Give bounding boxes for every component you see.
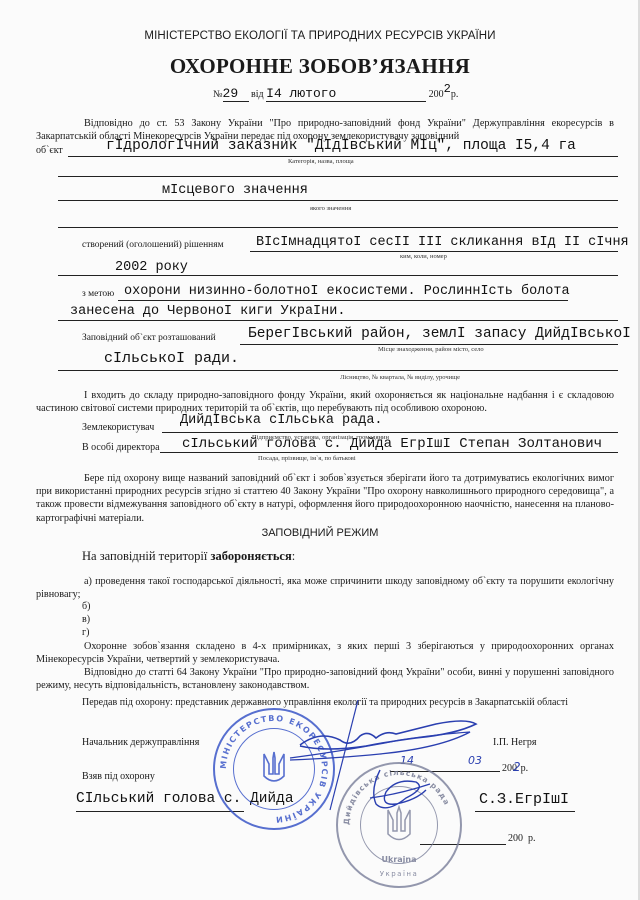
location-line-1 bbox=[240, 344, 618, 345]
location-value-line2: сIльськоI ради. bbox=[104, 350, 239, 367]
director-caption: Посада, прізвище, ім`я, по батькові bbox=[258, 455, 356, 462]
significance-caption: якого значення bbox=[310, 205, 351, 212]
object-value: гIдрологIчний заказник "ДIдIвський МIц",… bbox=[106, 138, 576, 154]
prohibited-suffix: : bbox=[292, 549, 295, 563]
decision-label: створений (оголошений) рішенням bbox=[82, 240, 224, 250]
land-user-label: Землекористувач bbox=[82, 422, 154, 433]
director-value: сIльський голова с. Дийда ЕгрIшI Степан … bbox=[182, 436, 602, 452]
significance-line bbox=[58, 200, 618, 201]
fund-paragraph: І входить до складу природно-заповідного… bbox=[36, 389, 614, 415]
decision-value-line1: ВIсIмнадцятоI сесII III скликання вIд II… bbox=[256, 235, 629, 250]
land-user-value: ДийдIвська сIльська рада. bbox=[180, 413, 383, 428]
handover-year-unit: р. bbox=[521, 763, 529, 774]
accepted-label: Взяв під охорону bbox=[82, 771, 155, 782]
object-line bbox=[68, 156, 618, 157]
document-date: I4 лютого bbox=[266, 86, 426, 102]
svg-text:Україна: Україна bbox=[380, 870, 419, 878]
purpose-value-line2: занесена до ЧервоноI киги УкраIни. bbox=[70, 304, 345, 319]
accepted-year-prefix: 200 bbox=[508, 833, 523, 844]
purpose-label: з метою bbox=[82, 289, 114, 299]
number-prefix: № bbox=[213, 89, 223, 100]
land-user-line bbox=[162, 432, 618, 433]
object-label: об`єкт bbox=[36, 145, 63, 156]
head-label: Начальник держуправління bbox=[82, 737, 199, 748]
accepted-year-unit: р. bbox=[528, 833, 536, 844]
location-label: Заповідний об`єкт розташований bbox=[82, 333, 216, 343]
location-value-line1: БерегIвський район, землI запасу ДийдIвс… bbox=[248, 326, 631, 342]
purpose-line-1 bbox=[118, 300, 568, 301]
significance-value: мIсцевого значення bbox=[162, 183, 308, 198]
year-unit: р. bbox=[451, 89, 459, 100]
purpose-value-line1: охорони низинно-болотноI екосистеми. Рос… bbox=[124, 284, 570, 299]
from-label: від bbox=[251, 89, 264, 100]
obligation-paragraph: Бере під охорону вище названий заповідни… bbox=[36, 472, 614, 525]
location-caption-2: Лісництво, № квартала, № виділу, урочище bbox=[340, 374, 460, 381]
decision-line-1 bbox=[250, 251, 618, 252]
document-title: ОХОРОННЕ ЗОБОВ’ЯЗАННЯ bbox=[0, 54, 640, 79]
regime-heading: ЗАПОВІДНИЙ РЕЖИМ bbox=[0, 527, 640, 539]
handover-year: 2002р. bbox=[502, 760, 528, 774]
head-signature bbox=[240, 700, 500, 830]
document-number: 29 bbox=[223, 86, 249, 102]
separator-line bbox=[58, 227, 618, 228]
regime-item-a: а) проведення такої господарської діяльн… bbox=[36, 575, 614, 601]
director-label: В особі директора bbox=[82, 442, 160, 453]
object-line-2 bbox=[58, 176, 618, 177]
regime-item-v: в) bbox=[82, 614, 90, 625]
location-caption-1: Місце знаходження, район місто, село bbox=[378, 346, 484, 353]
object-caption: Категорія, назва, площа bbox=[288, 158, 354, 165]
prohibited-line: На заповідній території забороняється: bbox=[82, 549, 295, 564]
ministry-heading: МІНІСТЕРСТВО ЕКОЛОГІЇ ТА ПРИРОДНИХ РЕСУР… bbox=[0, 30, 640, 42]
liability-paragraph: Відповідно до статті 64 Закону України "… bbox=[36, 666, 614, 692]
year-prefix: 200 bbox=[429, 89, 444, 100]
accepted-year: 200 р. bbox=[508, 833, 536, 844]
location-line-2 bbox=[58, 370, 618, 371]
regime-item-g: г) bbox=[82, 627, 89, 638]
copies-paragraph: Охоронне зобов`язання складено в 4-х при… bbox=[36, 640, 614, 666]
year-suffix: 2 bbox=[444, 82, 451, 96]
svg-text:Ukrajna: Ukrajna bbox=[382, 855, 417, 864]
prohibited-bold: забороняється bbox=[211, 549, 292, 563]
document-page: МІНІСТЕРСТВО ЕКОЛОГІЇ ТА ПРИРОДНИХ РЕСУР… bbox=[0, 0, 640, 900]
purpose-line-2 bbox=[58, 320, 618, 321]
decision-caption: ким, коли, номер bbox=[400, 253, 447, 260]
prohibited-prefix: На заповідній території bbox=[82, 549, 211, 563]
regime-item-b: б) bbox=[82, 601, 90, 612]
decision-line-2 bbox=[58, 275, 618, 276]
document-number-row: №29 від I4 лютого 2002р. bbox=[213, 86, 458, 102]
decision-value-line2: 2002 року bbox=[115, 260, 188, 275]
handover-year-suffix: 2 bbox=[513, 760, 521, 774]
director-line bbox=[160, 452, 618, 453]
